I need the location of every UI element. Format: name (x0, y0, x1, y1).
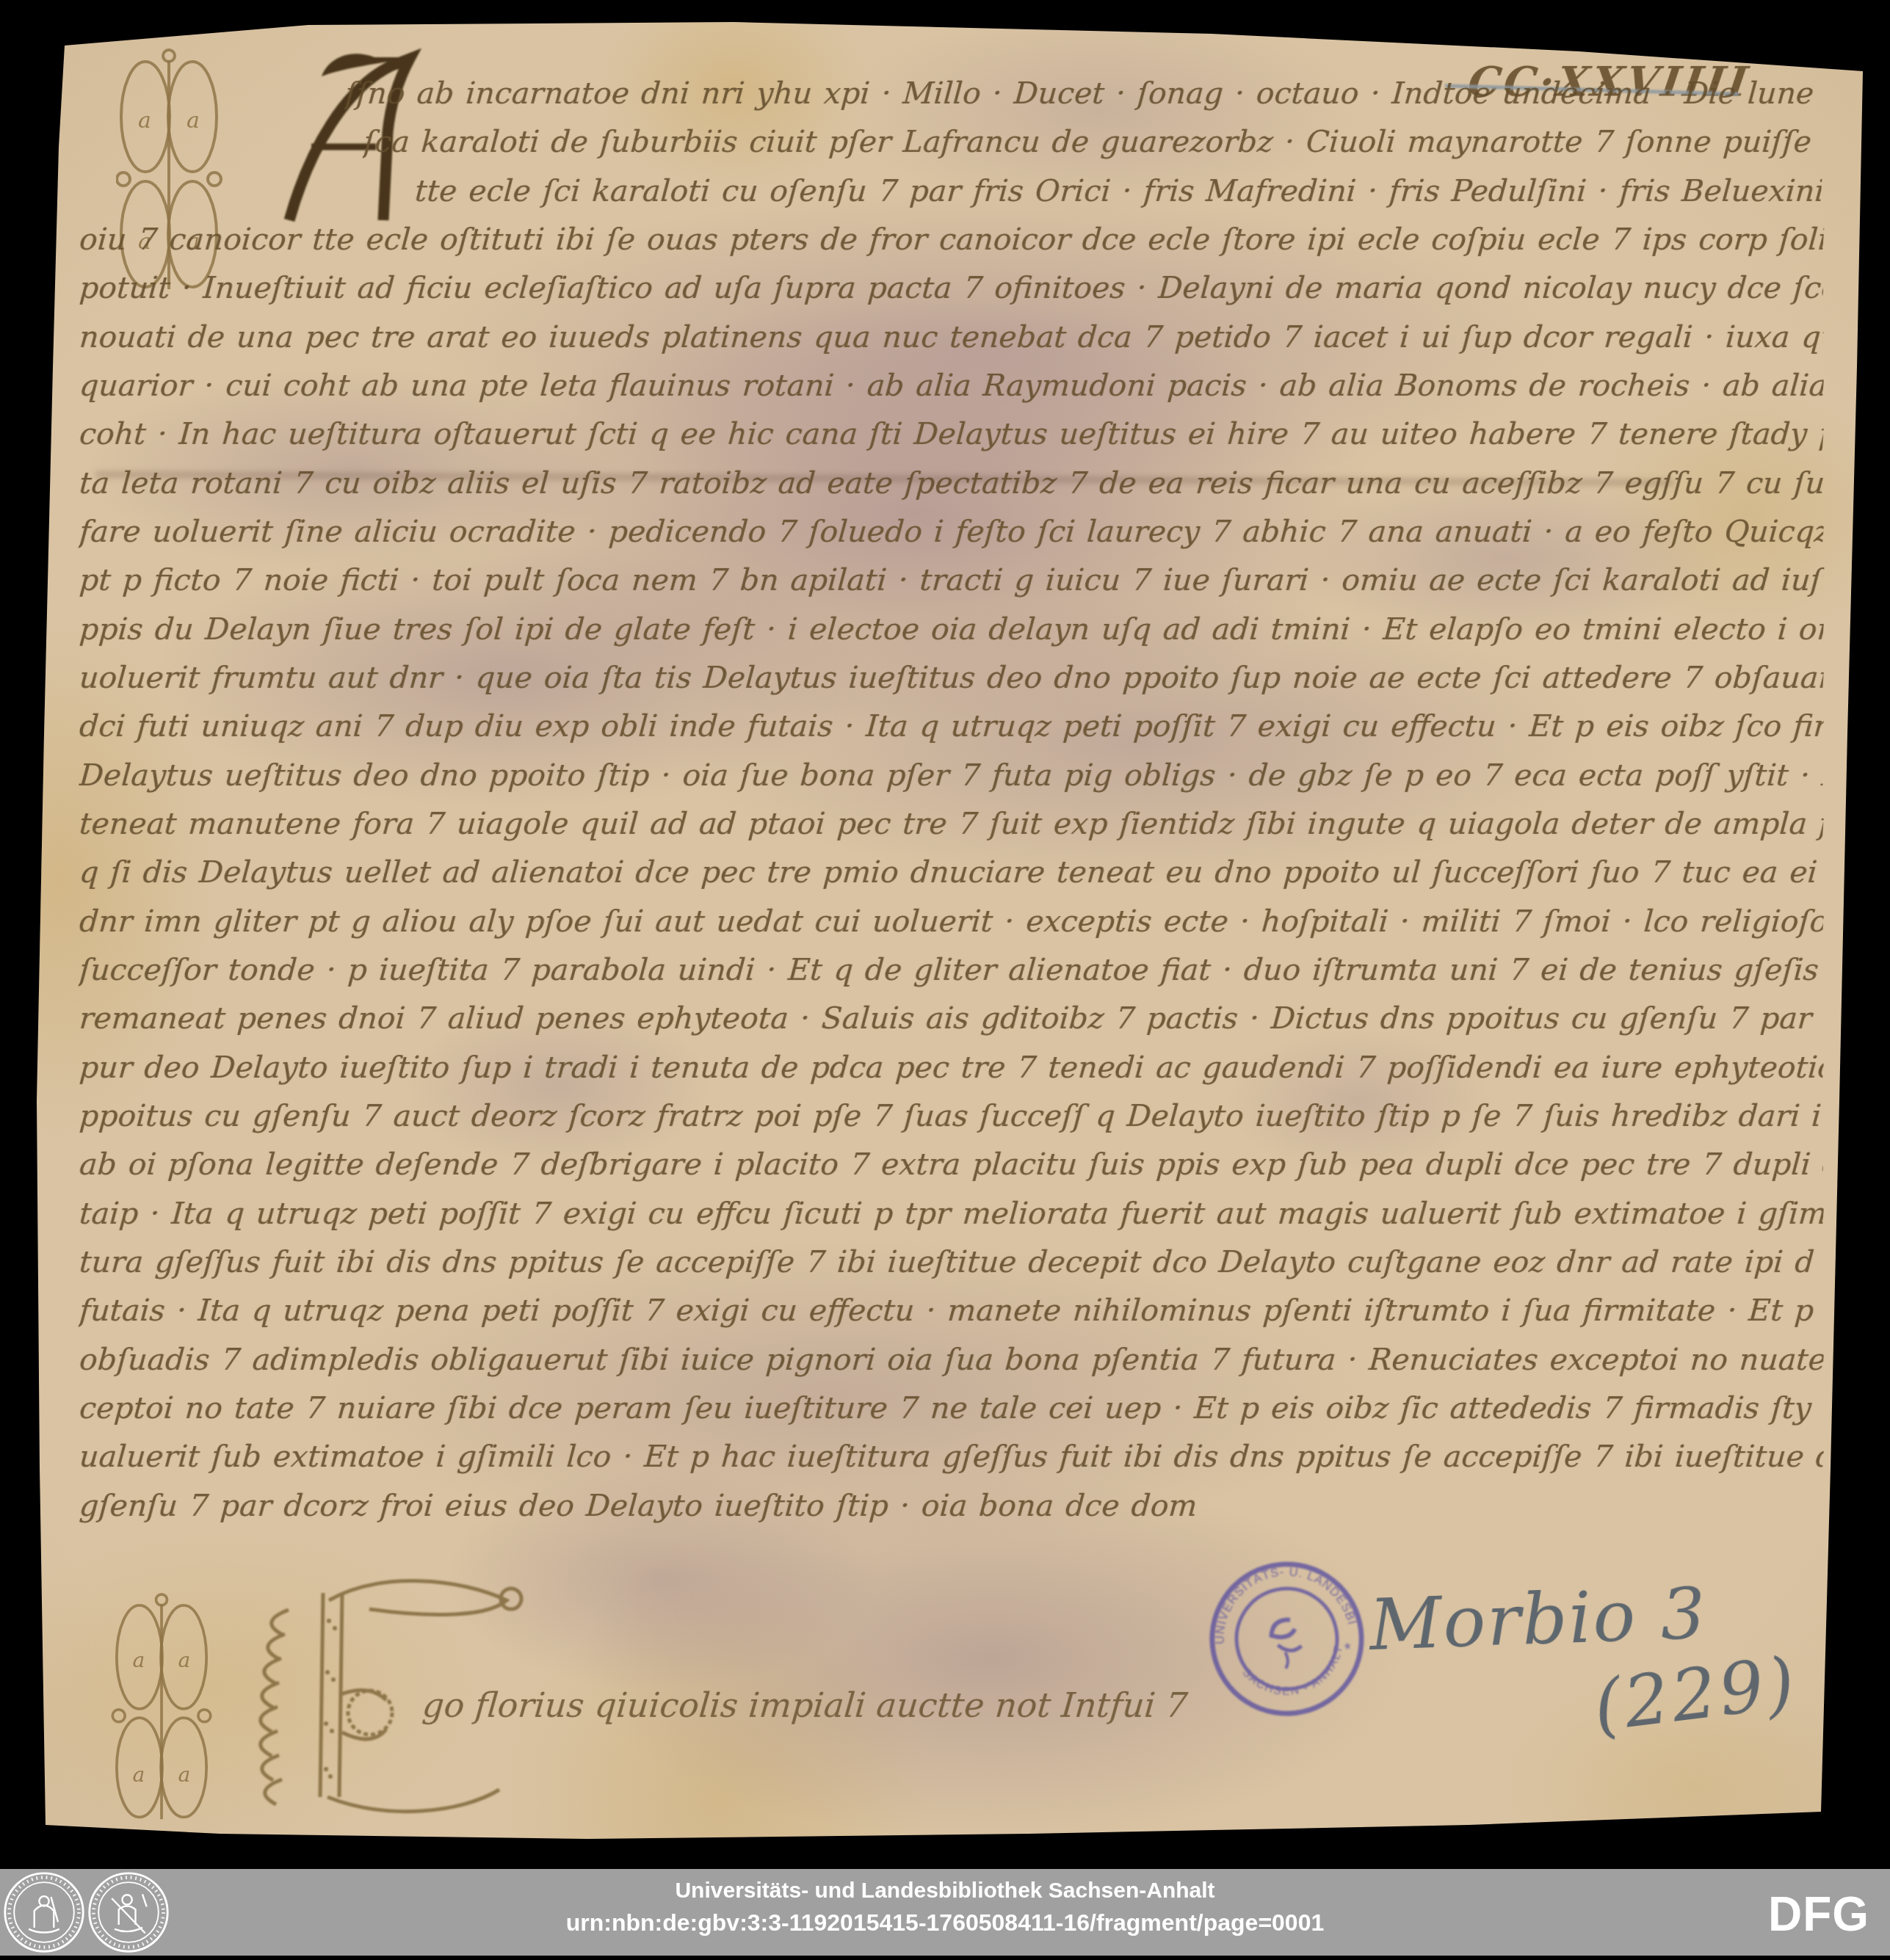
manuscript-line: Delaytus ueſtitus deo dno ppoito ſtip · … (77, 752, 1825, 805)
sign-letter: a (138, 108, 151, 134)
halle-university-seal-icon (2, 1870, 86, 1954)
manuscript-line: obſuadis 7 adimpledis obligauerut ſibi i… (77, 1336, 1825, 1389)
library-name: Universitäts- und Landesbibliothek Sachs… (431, 1879, 1459, 1903)
wittenberg-university-seal-icon (87, 1870, 170, 1954)
manuscript-line: ab oi pſona legitte deſende 7 deſbrigare… (77, 1141, 1825, 1194)
manuscript-line: ppoitus cu gſenſu 7 auct deorz ſcorz fra… (77, 1092, 1825, 1145)
manuscript-line: dci futi uniuqz ani 7 dup diu exp obli i… (77, 703, 1825, 755)
sign-letter: a (133, 1763, 145, 1787)
manuscript-line: potuit · Inueſtiuit ad ficiu ecleſiaſtic… (77, 264, 1825, 317)
manuscript-line: pt p ficto 7 noie ficti · toi pult ſoca … (77, 556, 1825, 609)
manuscript-line: oiu 7 canoicor tte ecle oſtituti ibi ſe … (77, 216, 1825, 269)
manuscript-line: fare uoluerit ſine aliciu ocradite · ped… (77, 508, 1825, 561)
dfg-logo: DFG (1768, 1885, 1869, 1942)
manuscript-line: coht · In hac ueſtitura oſtauerut ſcti q… (77, 410, 1825, 463)
manuscript-line: ſca karaloti de ſuburbiis ciuit pſer Laf… (361, 118, 1822, 171)
notary-line: go florius qiuicolis impiali auctte not … (420, 1680, 1203, 1738)
manuscript-line: ppis du Delayn ſiue tres ſol ipi de glat… (77, 606, 1825, 658)
manuscript-line: tura gſeſſus fuit ibi dis dns ppitus ſe … (77, 1238, 1825, 1291)
manuscript-line: ceptoi no tate 7 nuiare ſibi dce peram ſ… (77, 1384, 1825, 1437)
manuscript-line: tte ecle ſci karaloti cu oſenſu 7 par fr… (413, 167, 1822, 220)
footer-bar: Universitäts- und Landesbibliothek Sachs… (0, 1869, 1890, 1956)
pencil-shelfmark: Morbio 3 (1368, 1572, 1708, 1666)
manuscript-line: pur deo Delayto iueſtito ſup i tradi i t… (77, 1044, 1825, 1097)
manuscript-line: ualuerit ſub extimatoe i gſimili lco · E… (77, 1433, 1825, 1486)
manuscript-line: gſenſu 7 par dcorz froi eius deo Delayto… (77, 1482, 1204, 1535)
manuscript-line: futais · Ita q utruqz pena peti poſſit 7… (77, 1287, 1825, 1340)
stamp-star: * (1343, 1639, 1353, 1659)
manuscript-line: dnr imn gliter pt g aliou aly pſoe ſui a… (77, 898, 1825, 951)
notarial-sign-bottom: a a a a (109, 1591, 215, 1823)
sign-letter: a (133, 1648, 145, 1672)
sign-letter: a (178, 1763, 191, 1787)
library-stamp: UNIVERSITÄTS- U. LANDESBIBLIOTHEK SACHSE… (1193, 1545, 1380, 1732)
manuscript-line: ta leta rotani 7 cu oibz aliis el uſis 7… (77, 460, 1825, 512)
manuscript-line: teneat manutene fora 7 uiagole quil ad a… (77, 800, 1825, 853)
manuscript-line: quarior · cui coht ab una pte leta flaui… (77, 362, 1825, 415)
manuscript-line: ſucceſſor tonde · p iueſtita 7 parabola … (77, 946, 1825, 999)
sign-letter: a (187, 108, 200, 134)
scan-stage: a a a a CC·XXVIIII ſſno ab incarnatoe dn… (0, 0, 1890, 1960)
manuscript-line: ſſno ab incarnatoe dni nri yhu xpi · Mil… (343, 70, 1822, 123)
sign-letter: a (178, 1648, 191, 1672)
manuscript-line: taip · Ita q utruqz peti poſſit 7 exigi … (77, 1190, 1825, 1243)
manuscript-line: uoluerit frumtu aut dnr · que oia ſta ti… (77, 654, 1825, 707)
manuscript-line: remaneat penes dnoi 7 aliud penes ephyte… (77, 995, 1825, 1048)
urn-line: urn:nbn:de:gbv:3:3-1192015415-1760508411… (431, 1909, 1459, 1937)
manuscript-line: nouati de una pec tre arat eo iuueds pla… (77, 313, 1825, 366)
manuscript-line: q ſi dis Delaytus uellet ad alienatoi dc… (77, 849, 1825, 901)
